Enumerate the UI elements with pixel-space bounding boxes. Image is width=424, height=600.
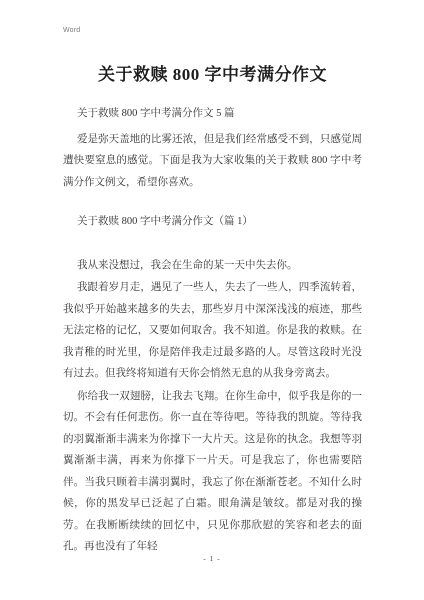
- intro-paragraph: 爱是弥天盖地的比雾还浓，但是我们经常感受不到，只感觉周遭快要窒息的感觉。下面是我…: [63, 129, 362, 194]
- body-paragraph: 你给我一双翅膀，让我去飞翔。在你生命中，似乎我是你的一切。不会有任何悲伤。你一直…: [63, 386, 362, 558]
- section-heading: 关于救赎 800 字中考满分作文（篇 1）: [63, 211, 362, 233]
- document-content: 关于救赎 800 字中考满分作文 关于救赎 800 字中考满分作文 5 篇 爱是…: [0, 0, 424, 558]
- document-subtitle: 关于救赎 800 字中考满分作文 5 篇: [63, 103, 362, 125]
- body-paragraph: 我跟着岁月走，遇见了一些人，失去了一些人，四季流转着，我似乎开始越来越多的失去，…: [63, 277, 362, 385]
- page-number-footer: - 1 -: [0, 554, 424, 563]
- document-title: 关于救赎 800 字中考满分作文: [63, 0, 362, 87]
- document-page: Word 关于救赎 800 字中考满分作文 关于救赎 800 字中考满分作文 5…: [0, 0, 424, 600]
- body-paragraph: 我从来没想过，我会在生命的某一天中失去你。: [63, 255, 362, 277]
- word-app-label: Word: [63, 27, 80, 34]
